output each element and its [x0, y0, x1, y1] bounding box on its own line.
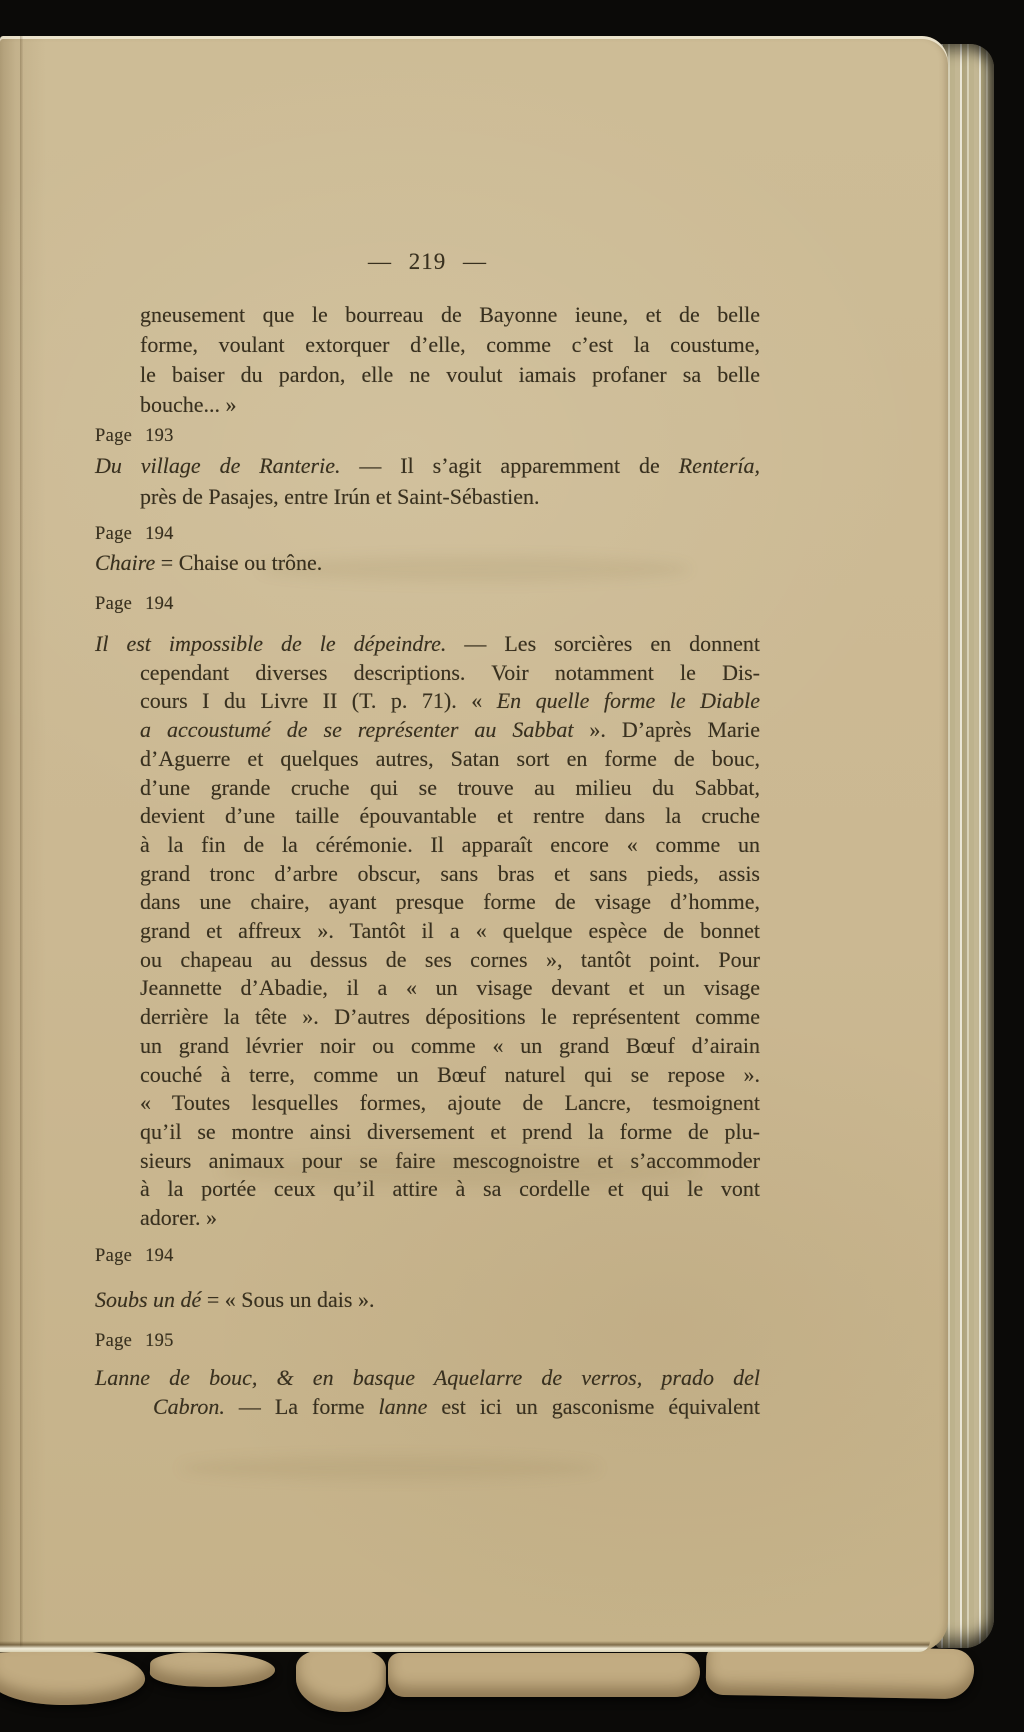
note-ranterie-line-1: Du village de Ranterie. — Il s’agit appa…	[95, 450, 760, 481]
note-depeindre-line-5: d’Aguerre et quelques autres, Satan sort…	[140, 745, 760, 774]
gutter-crease	[20, 36, 23, 1652]
note-depeindre-line-11: grand et affreux ». Tantôt il a « quelqu…	[140, 917, 760, 946]
quote-line-4: bouche... »	[140, 390, 760, 420]
note-soubs-lead: Soubs un dé	[95, 1287, 201, 1312]
torn-paper-fragment	[0, 1647, 146, 1707]
note-soubs-rest: = « Sous un dais ».	[201, 1287, 374, 1312]
page-ref-label-194b: Page 194	[95, 590, 174, 619]
page-ref-label-195: Page 195	[95, 1327, 174, 1356]
note-lanne-line-1: Lanne de bouc, & en basque Aquelarre de …	[95, 1363, 760, 1392]
note-depeindre-l4b: ». D’après Marie	[573, 717, 760, 742]
note-depeindre-line-9: grand tronc d’arbre obscur, sans bras et…	[140, 860, 760, 889]
page-bottom-edge	[0, 1641, 930, 1652]
show-through-smudge	[180, 1456, 600, 1480]
note-depeindre-l1b: — Les sorcières en donnent	[446, 631, 760, 656]
page-ref-label-194a: Page 194	[95, 520, 174, 549]
note-depeindre-line-12: ou chapeau au dessus de ses cornes », ta…	[140, 946, 760, 975]
torn-paper-fragment	[296, 1650, 386, 1712]
note-depeindre-lead: Il est impossible de le dépeindre.	[95, 631, 446, 656]
note-ranterie-place: Rentería,	[679, 453, 760, 478]
torn-paper-fragment	[388, 1653, 700, 1697]
note-depeindre-line-17: « Toutes lesquelles formes, ajoute de La…	[140, 1089, 760, 1118]
note-depeindre-line-15: un grand lévrier noir ou comme « un gran…	[140, 1032, 760, 1061]
quote-continuation-paragraph: gneusement que le bourreau de Bayonne ie…	[140, 300, 760, 420]
note-soubs: Soubs un dé = « Sous un dais ».	[95, 1286, 760, 1315]
note-ranterie-lead: Du village de Ranterie.	[95, 453, 341, 478]
note-depeindre-line-1: Il est impossible de le dépeindre. — Les…	[95, 630, 760, 659]
note-depeindre-line-13: Jeannette d’Abadie, il a « un visage dev…	[140, 974, 760, 1003]
note-depeindre-l3a: cours I du Livre II (T. p. 71). «	[140, 688, 497, 713]
note-depeindre-line-10: dans une chaire, ayant presque forme de …	[140, 888, 760, 917]
page-ref-label-193: Page 193	[95, 422, 174, 451]
note-chaire: Chaire = Chaise ou trône.	[95, 549, 760, 578]
note-depeindre-line-2: cependant diverses descriptions. Voir no…	[140, 659, 760, 688]
note-depeindre-l3b: En quelle forme le Diable	[497, 688, 760, 713]
note-lanne-l2c: lanne	[379, 1394, 428, 1419]
page-ref-label-194c: Page 194	[95, 1242, 174, 1271]
note-depeindre-line-20: à la portée ceux qu’il attire à sa corde…	[140, 1175, 760, 1204]
note-lanne-line-2: Cabron. — La forme lanne est ici un gasc…	[153, 1392, 760, 1421]
note-depeindre-line-4: a accoustumé de se représenter au Sabbat…	[140, 716, 760, 745]
note-lanne: Lanne de bouc, & en basque Aquelarre de …	[95, 1363, 760, 1421]
book-photo: — 219 — gneusement que le bourreau de Ba…	[0, 0, 1024, 1732]
note-depeindre-line-6: d’une grande cruche qui se trouve au mil…	[140, 774, 760, 803]
note-ranterie-line-2: près de Pasajes, entre Irún et Saint-Séb…	[140, 481, 760, 512]
note-ranterie-mid: — Il s’agit apparemment de	[341, 453, 679, 478]
quote-line-1: gneusement que le bourreau de Bayonne ie…	[140, 300, 760, 330]
quote-line-2: forme, voulant extorquer d’elle, comme c…	[140, 330, 760, 360]
note-depeindre-l4a: a accoustumé de se représenter au Sabbat	[140, 717, 573, 742]
note-lanne-l2b: — La forme	[225, 1394, 379, 1419]
note-depeindre: Il est impossible de le dépeindre. — Les…	[95, 630, 760, 1233]
note-chaire-lead: Chaire	[95, 550, 155, 575]
note-depeindre-line-8: à la fin de la cérémonie. Il apparaît en…	[140, 831, 760, 860]
note-chaire-rest: = Chaise ou trône.	[155, 550, 322, 575]
note-ranterie: Du village de Ranterie. — Il s’agit appa…	[95, 450, 760, 512]
note-depeindre-line-3: cours I du Livre II (T. p. 71). « En que…	[140, 687, 760, 716]
torn-paper-fragment	[150, 1651, 276, 1688]
note-lanne-l2a: Cabron.	[153, 1394, 225, 1419]
note-depeindre-line-21: adorer. »	[140, 1204, 760, 1233]
page-number-header: — 219 —	[95, 248, 760, 277]
note-depeindre-line-16: couché à terre, comme un Bœuf naturel qu…	[140, 1061, 760, 1090]
note-depeindre-line-14: derrière la tête ». D’autres dépositions…	[140, 1003, 760, 1032]
book-page: — 219 — gneusement que le bourreau de Ba…	[0, 36, 948, 1652]
note-depeindre-line-7: devient d’une taille épouvantable et ren…	[140, 802, 760, 831]
note-depeindre-line-18: qu’il se montre ainsi diversement et pre…	[140, 1118, 760, 1147]
torn-paper-fragment	[706, 1645, 975, 1700]
quote-line-3: le baiser du pardon, elle ne voulut iama…	[140, 360, 760, 390]
note-lanne-l2d: est ici un gasconisme équivalent	[427, 1394, 760, 1419]
note-depeindre-line-19: sieurs animaux pour se faire mescognoist…	[140, 1147, 760, 1176]
